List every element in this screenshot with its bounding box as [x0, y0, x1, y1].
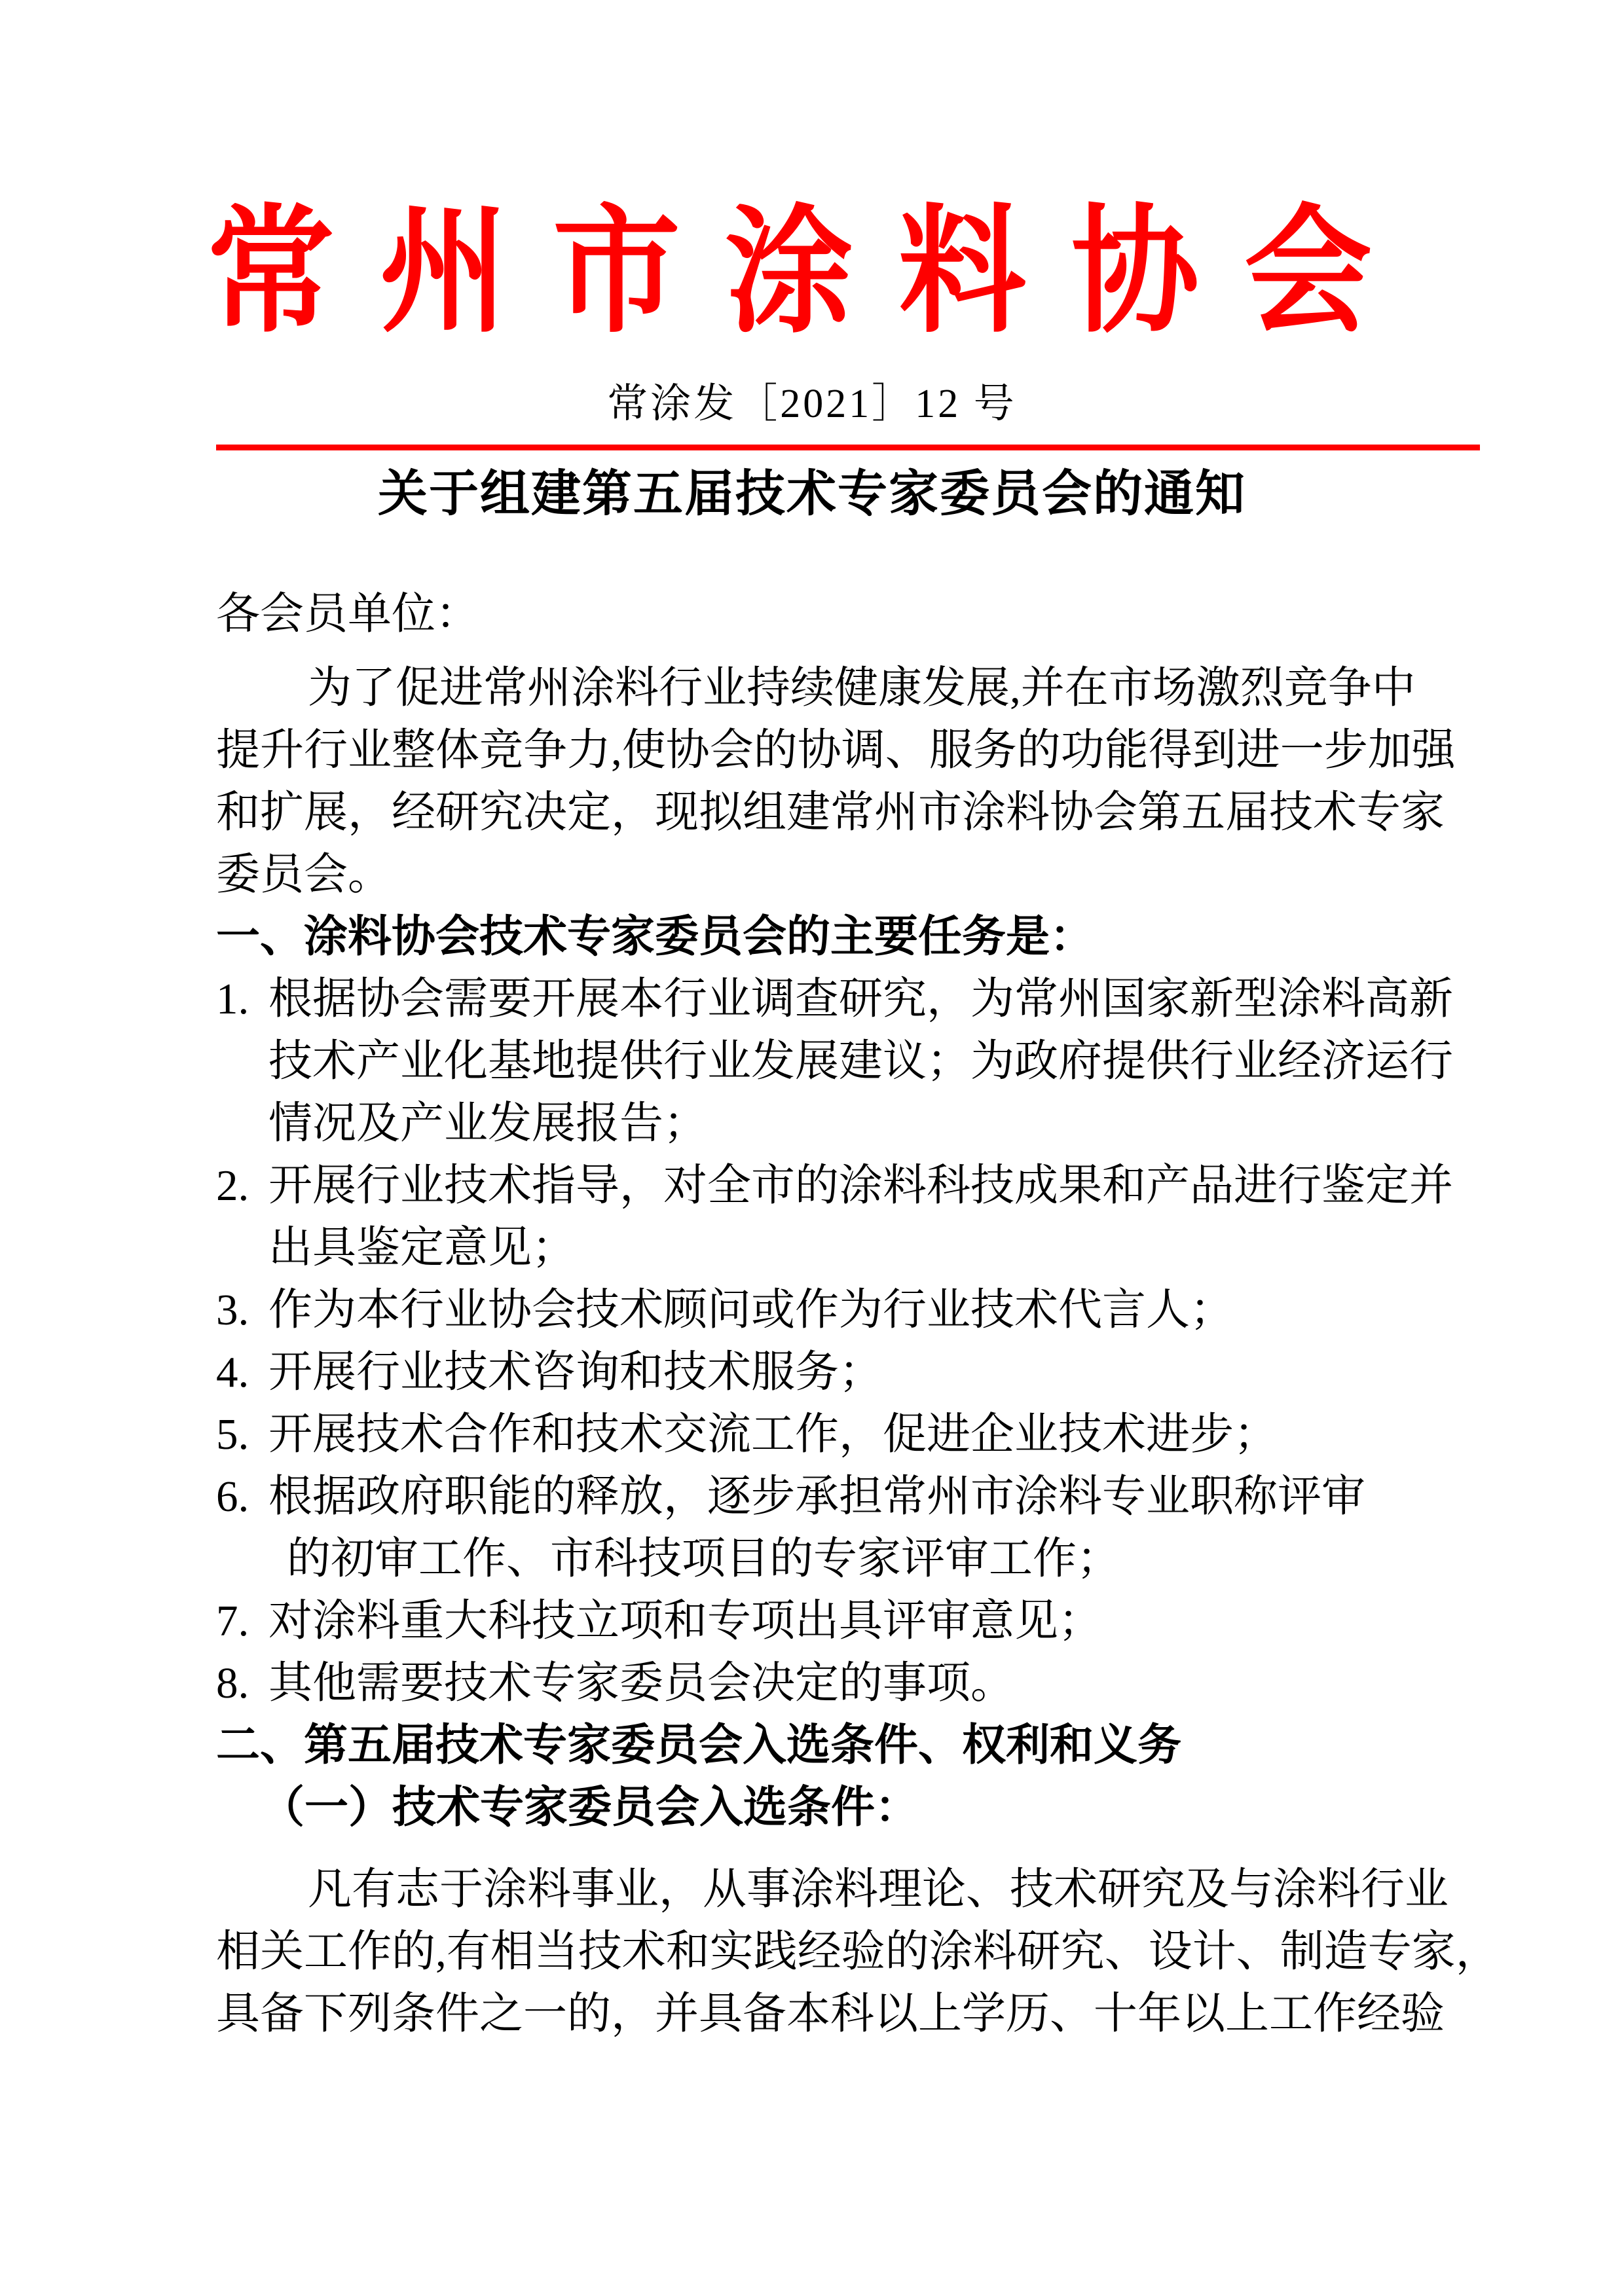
intro-line: 委员会。 [216, 844, 1464, 906]
list-item-8: 8. 其他需要技术专家委员会决定的事项。 [216, 1652, 1464, 1715]
red-divider-rule [216, 445, 1480, 450]
document-body: 各会员单位： 为了促进常州涂料行业持续健康发展,并在市场激烈竞争中 提升行业整体… [0, 583, 1464, 2045]
item-line: 的初审工作、市科技项目的专家评审工作； [287, 1528, 1464, 1590]
closing-paragraph: 凡有志于涂料事业，从事涂料理论、技术研究及与涂料行业 相关工作的,有相当技术和实… [216, 1859, 1464, 2045]
item-line: 技术产业化基地提供行业发展建议；为政府提供行业经济运行 [268, 1030, 1464, 1093]
list-item-5: 5. 开展技术合作和技术交流工作，促进企业技术进步； [216, 1404, 1464, 1466]
section2-heading: 二、第五届技术专家委员会入选条件、权利和义务 [216, 1715, 1464, 1777]
item-line: 情况及产业发展报告； [268, 1093, 1464, 1155]
item-line: 开展行业技术指导，对全市的涂料科技成果和产品进行鉴定并 [268, 1155, 1464, 1217]
item-line: 作为本行业协会技术顾问或作为行业技术代言人； [268, 1279, 1464, 1341]
list-item-1: 1. 根据协会需要开展本行业调查研究，为常州国家新型涂料高新 技术产业化基地提供… [216, 968, 1464, 1155]
list-item-3: 3. 作为本行业协会技术顾问或作为行业技术代言人； [216, 1279, 1464, 1341]
section1-heading: 一、涂料协会技术专家委员会的主要任务是： [216, 906, 1464, 968]
document-title: 关于组建第五届技术专家委员会的通知 [0, 461, 1624, 528]
salutation: 各会员单位： [216, 583, 1464, 646]
item-line: 根据政府职能的释放，逐步承担常州市涂料专业职称评审 [268, 1466, 1464, 1528]
intro-line: 提升行业整体竞争力,使协会的协调、服务的功能得到进一步加强 [216, 720, 1464, 782]
item-line: 开展技术合作和技术交流工作，促进企业技术进步； [268, 1404, 1464, 1466]
para-line: 相关工作的,有相当技术和实践经验的涂料研究、设计、制造专家， [216, 1921, 1464, 1983]
item-line: 其他需要技术专家委员会决定的事项。 [268, 1652, 1464, 1715]
org-title: 常州市涂料协会 [0, 197, 1624, 349]
para-line: 凡有志于涂料事业，从事涂料理论、技术研究及与涂料行业 [216, 1859, 1464, 1921]
item-number: 6. [216, 1466, 249, 1528]
intro-paragraph: 为了促进常州涂料行业持续健康发展,并在市场激烈竞争中 提升行业整体竞争力,使协会… [216, 657, 1464, 906]
intro-line: 为了促进常州涂料行业持续健康发展,并在市场激烈竞争中 [216, 657, 1464, 720]
doc-number: 常涂发［2021］12 号 [0, 378, 1624, 430]
list-item-7: 7. 对涂料重大科技立项和专项出具评审意见； [216, 1590, 1464, 1652]
item-line: 根据协会需要开展本行业调查研究，为常州国家新型涂料高新 [268, 968, 1464, 1030]
item-line: 出具鉴定意见； [268, 1217, 1464, 1279]
item-line: 开展行业技术咨询和技术服务； [268, 1341, 1464, 1404]
item-number: 1. [216, 968, 249, 1030]
item-number: 4. [216, 1341, 249, 1404]
item-number: 7. [216, 1590, 249, 1652]
section2-subheading: （一）技术专家委员会入选条件： [261, 1777, 1464, 1839]
item-number: 3. [216, 1279, 249, 1341]
document-page: 常州市涂料协会 常涂发［2021］12 号 关于组建第五届技术专家委员会的通知 … [0, 0, 1624, 2296]
list-item-6: 6. 根据政府职能的释放，逐步承担常州市涂料专业职称评审 的初审工作、市科技项目… [216, 1466, 1464, 1590]
item-number: 5. [216, 1404, 249, 1466]
list-item-2: 2. 开展行业技术指导，对全市的涂料科技成果和产品进行鉴定并 出具鉴定意见； [216, 1155, 1464, 1279]
item-number: 2. [216, 1155, 249, 1217]
para-line: 具备下列条件之一的，并具备本科以上学历、十年以上工作经验 [216, 1983, 1464, 2045]
item-line: 对涂料重大科技立项和专项出具评审意见； [268, 1590, 1464, 1652]
intro-line: 和扩展，经研究决定，现拟组建常州市涂料协会第五届技术专家 [216, 782, 1464, 844]
item-number: 8. [216, 1652, 249, 1715]
list-item-4: 4. 开展行业技术咨询和技术服务； [216, 1341, 1464, 1404]
